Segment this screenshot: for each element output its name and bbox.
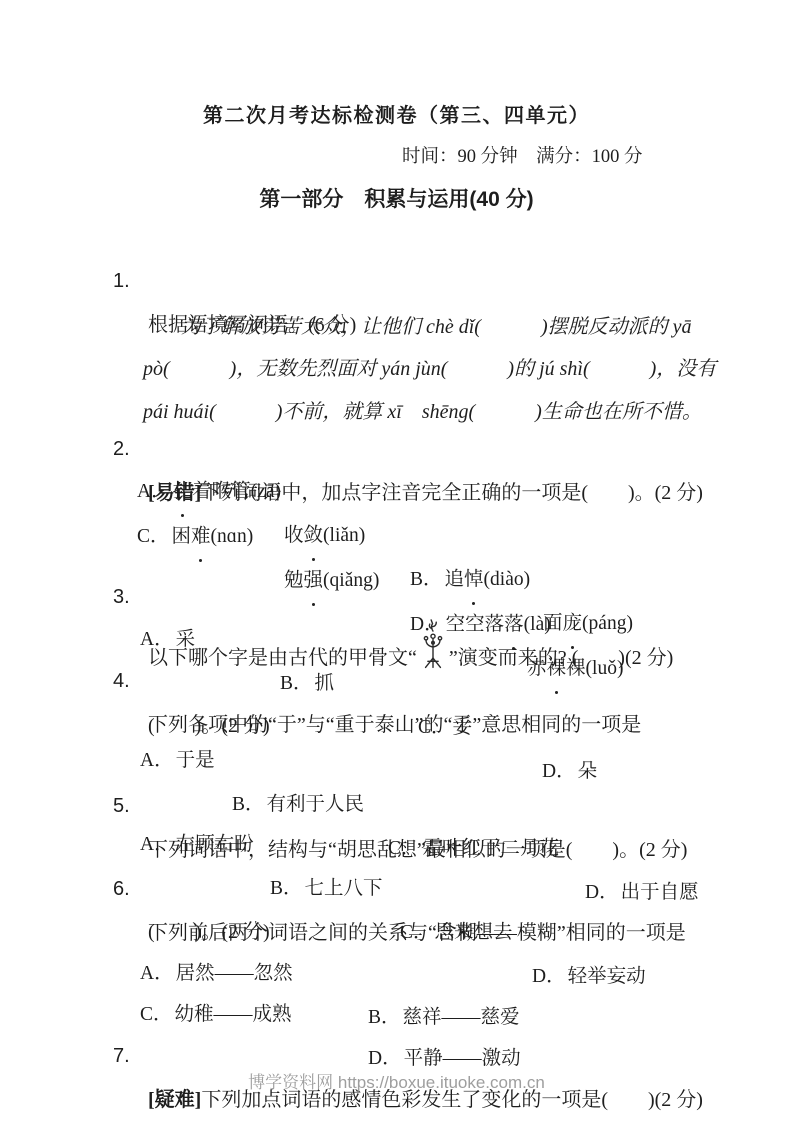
question-6-options-row-1: A．居然——忽然 B．慈祥——慈爱 [0, 908, 793, 952]
question-5-options-row: A．左顾右盼 B．七上八下 C．思来想去 D．轻举妄动 [0, 779, 793, 823]
question-1-passage-line-1: 为了解放劳苦大众，让他们 chè dǐ( )摆脱反动派的 yā [0, 261, 793, 305]
question-6: 6. 下列前后两个词语之间的关系与“含糊——模糊”相同的一项是 [0, 823, 793, 867]
question-3: 3. 以下哪个字是由古代的甲骨文“”演变而来的? ( )(2 分) [0, 531, 793, 575]
question-2-options-row-1: A．扎着喉管(zā) 收敛(liǎn) B．追悼(diào) 面庞(páng) [0, 426, 793, 470]
question-4-options-row: A．于是 B．有利于人民 C．霜叶红于二月花 D．出于自愿 [0, 695, 793, 739]
question-1: 1. 根据语境写词语。(6 分) [0, 215, 793, 259]
page-footer-watermark: 博学资料网 https://boxue.ituoke.com.cn [0, 1068, 793, 1098]
question-2-options-row-2: C．困难(nɑn) 勉强(qiǎng) D．空空落落(là) 赤裸裸(luǒ) [0, 471, 793, 515]
section-title: 第一部分 积累与运用(40 分) [0, 183, 793, 213]
question-2: 2. [易错]下列词语中，加点字注音完全正确的一项是( )。(2 分) [0, 383, 793, 427]
question-6-options-row-2: C．幼稚——成熟 D．平静——激动 [0, 949, 793, 993]
question-7: 7. [疑难]下列加点词语的感情色彩发生了变化的一项是( )(2 分) [0, 990, 793, 1034]
option-text: 平静——激动 [404, 1048, 521, 1069]
exam-page: 第二次月考达标检测卷（第三、四单元） 时间：90 分钟 满分：100 分 第一部… [0, 0, 793, 1122]
question-1-passage-line-2: pò( )，无数先烈面对 yán jùn( )的 jú shì( )，没有 [0, 303, 793, 347]
time-score-line: 时间：90 分钟 满分：100 分 [402, 142, 643, 172]
page-title: 第二次月考达标检测卷（第三、四单元） [0, 99, 793, 128]
option-label: D． [368, 1048, 402, 1069]
question-6-text-line-2: ( )。(2 分) [0, 866, 793, 910]
question-5: 5. 下列词语中，结构与“胡思乱想”最相似的一项是( )。(2 分) [0, 740, 793, 784]
question-4: 4. 下列各项中的“于”与“重于泰山”的“于”意思相同的一项是 [0, 615, 793, 659]
question-3-options-row: A．采 B．抓 C．妥 D．朵 [0, 574, 793, 618]
